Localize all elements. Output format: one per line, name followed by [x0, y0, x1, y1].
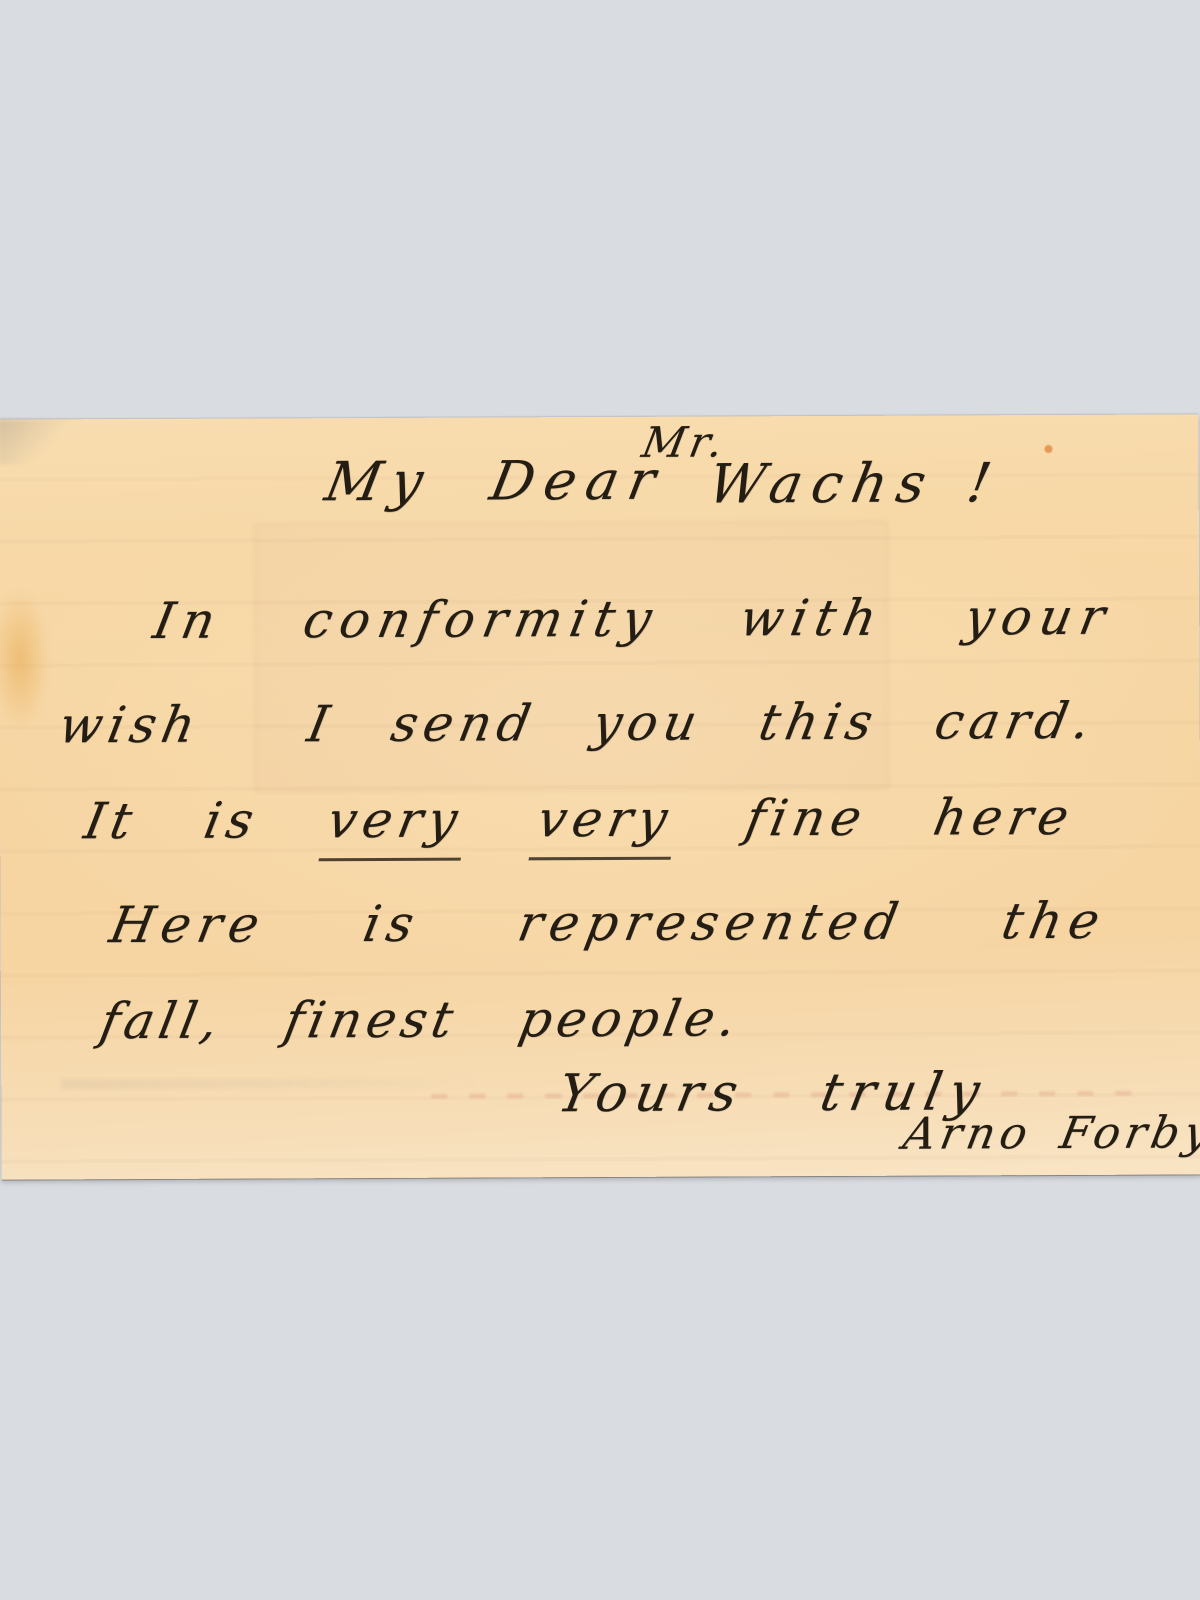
- corner-scuff: [0, 419, 79, 464]
- spacer: [253, 791, 332, 849]
- body-line-1: In conformity with your: [149, 591, 1117, 648]
- spacer: [463, 790, 542, 848]
- body-line-3-end: fine here: [741, 788, 1079, 847]
- smudge: [61, 1078, 481, 1090]
- body-line-3-start: It is: [80, 791, 264, 850]
- edge-stain: [0, 589, 50, 729]
- body-line-5: fall, finest people.: [96, 992, 745, 1047]
- body-line-2-word-wish: wish: [54, 696, 206, 755]
- underlined-very-1: very: [319, 791, 474, 862]
- body-line-3: It is very very fine here: [80, 791, 1079, 848]
- body-line-4: Here is represented the: [106, 895, 1111, 952]
- ink-speck: [1044, 445, 1052, 453]
- signature: Arno Forby: [900, 1110, 1200, 1158]
- body-line-2-rest: I send you this card.: [303, 692, 1101, 753]
- recipient-name: Wachs !: [704, 455, 1005, 513]
- spacer: [673, 789, 752, 847]
- underlined-very-2: very: [529, 790, 684, 861]
- body-line-2: wishI send you this card.: [55, 695, 1101, 752]
- postcard: My Dear Mr. Wachs ! In conformity with y…: [0, 414, 1200, 1179]
- salutation-lead: My Dear: [321, 453, 670, 511]
